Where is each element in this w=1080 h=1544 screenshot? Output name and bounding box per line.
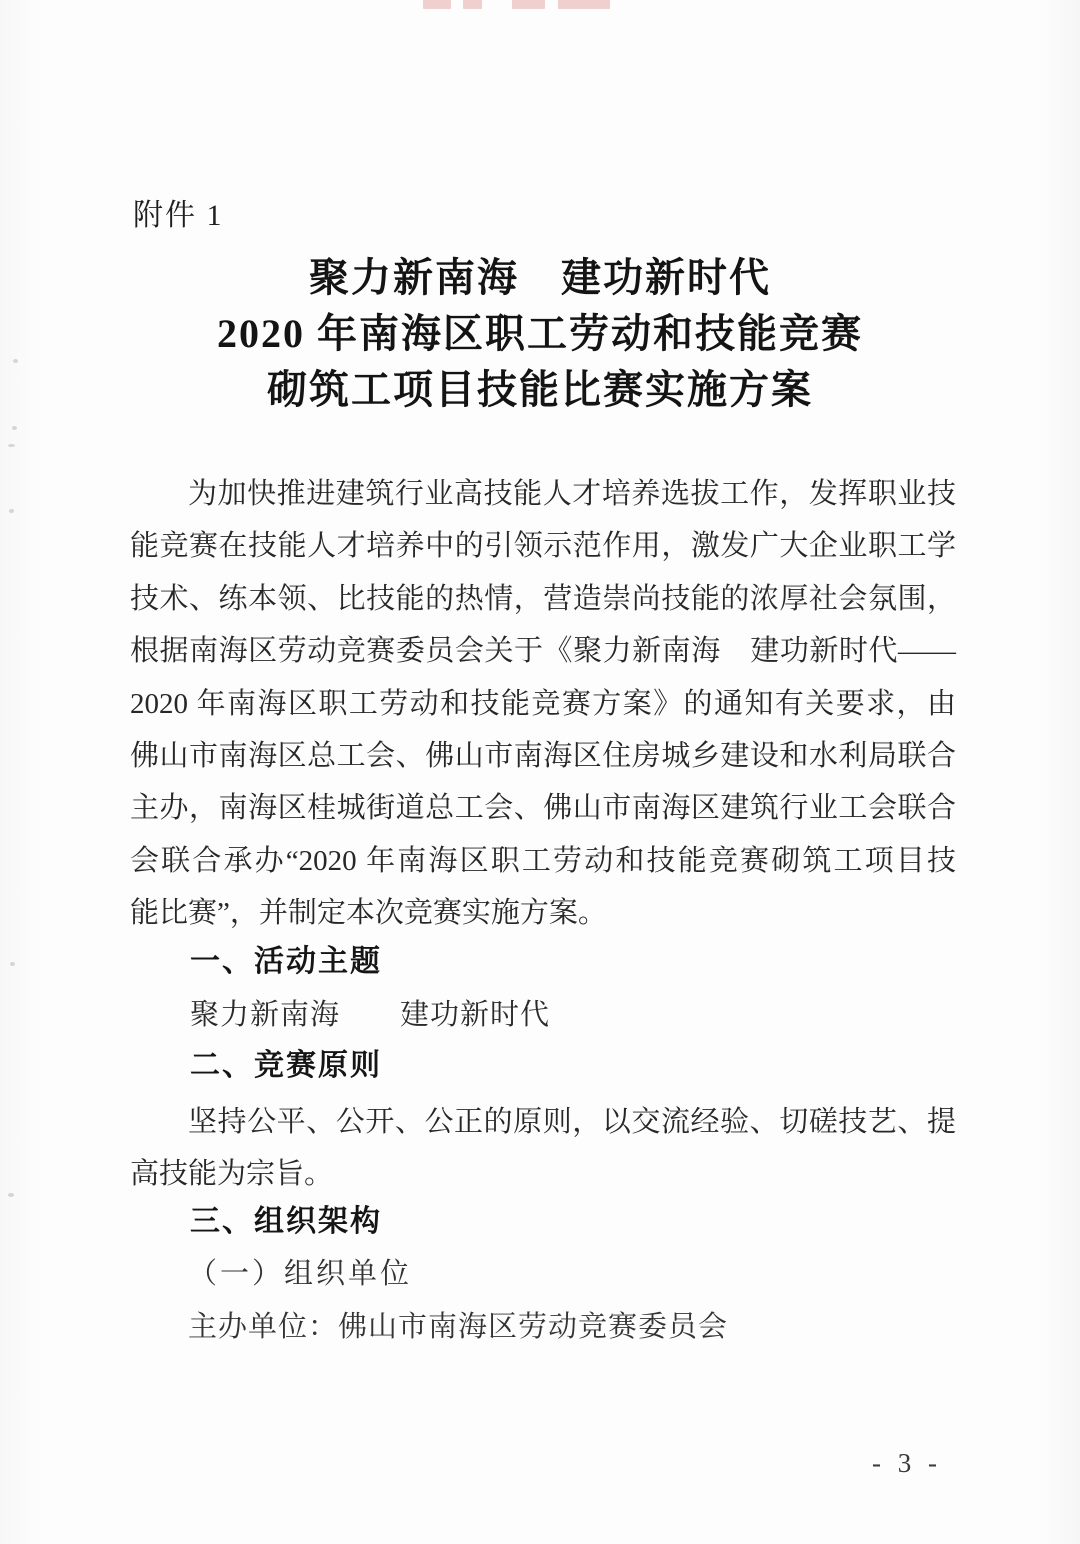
intro-line: 佛山市南海区总工会、佛山市南海区住房城乡建设和水利局联合 (130, 730, 956, 782)
page-number: - 3 - (872, 1448, 942, 1479)
section-1-heading: 一、活动主题 (190, 940, 382, 984)
principle-line: 高技能为宗旨。 (130, 1148, 956, 1200)
intro-line: 技术、练本领、比技能的热情，营造崇尚技能的浓厚社会氛围， (130, 573, 956, 625)
scan-speck (9, 509, 14, 513)
cutoff-red-letterhead-fragment (512, 0, 545, 9)
intro-line: 主办，南海区桂城街道总工会、佛山市南海区建筑行业工会联合 (130, 782, 956, 834)
intro-line: 根据南海区劳动竞赛委员会关于《聚力新南海 建功新时代—— (130, 625, 956, 677)
intro-line: 2020 年南海区职工劳动和技能竞赛方案》的通知有关要求，由 (130, 678, 956, 730)
scan-speck (12, 426, 17, 430)
intro-paragraph: 为加快推进建筑行业高技能人才培养选拔工作，发挥职业技 能竞赛在技能人才培养中的引… (130, 468, 956, 940)
section-2-heading: 二、竞赛原则 (190, 1044, 382, 1088)
title-line-3: 砌筑工项目技能比赛实施方案 (127, 362, 953, 418)
cutoff-red-letterhead-fragment (423, 0, 451, 9)
scan-speck (8, 444, 15, 447)
section-3-heading: 三、组织架构 (190, 1200, 382, 1244)
activity-theme-line: 聚力新南海 建功新时代 (190, 993, 550, 1037)
intro-line: 为加快推进建筑行业高技能人才培养选拔工作，发挥职业技 (130, 468, 956, 520)
organizer-line: 主办单位：佛山市南海区劳动竞赛委员会 (188, 1305, 728, 1349)
intro-line: 能竞赛在技能人才培养中的引领示范作用，激发广大企业职工学 (130, 520, 956, 572)
intro-line: 会联合承办“2020 年南海区职工劳动和技能竞赛砌筑工项目技 (130, 835, 956, 887)
document-title: 聚力新南海 建功新时代 2020 年南海区职工劳动和技能竞赛 砌筑工项目技能比赛… (127, 250, 953, 418)
document-page: 附件 1 聚力新南海 建功新时代 2020 年南海区职工劳动和技能竞赛 砌筑工项… (0, 0, 1080, 1544)
cutoff-red-letterhead-fragment (558, 0, 610, 9)
principle-line: 坚持公平、公开、公正的原则，以交流经验、切磋技艺、提 (130, 1096, 956, 1148)
cutoff-red-letterhead-fragment (463, 0, 482, 9)
scan-speck (10, 962, 15, 966)
attachment-label: 附件 1 (133, 190, 224, 234)
principles-paragraph: 坚持公平、公开、公正的原则，以交流经验、切磋技艺、提 高技能为宗旨。 (130, 1096, 956, 1201)
title-line-1: 聚力新南海 建功新时代 (127, 250, 953, 306)
scan-speck (8, 1193, 14, 1197)
scan-speck (13, 359, 18, 363)
intro-line: 能比赛”，并制定本次竞赛实施方案。 (130, 887, 956, 939)
title-line-2: 2020 年南海区职工劳动和技能竞赛 (127, 306, 953, 362)
section-3-subheading: （一）组织单位 (188, 1252, 412, 1296)
